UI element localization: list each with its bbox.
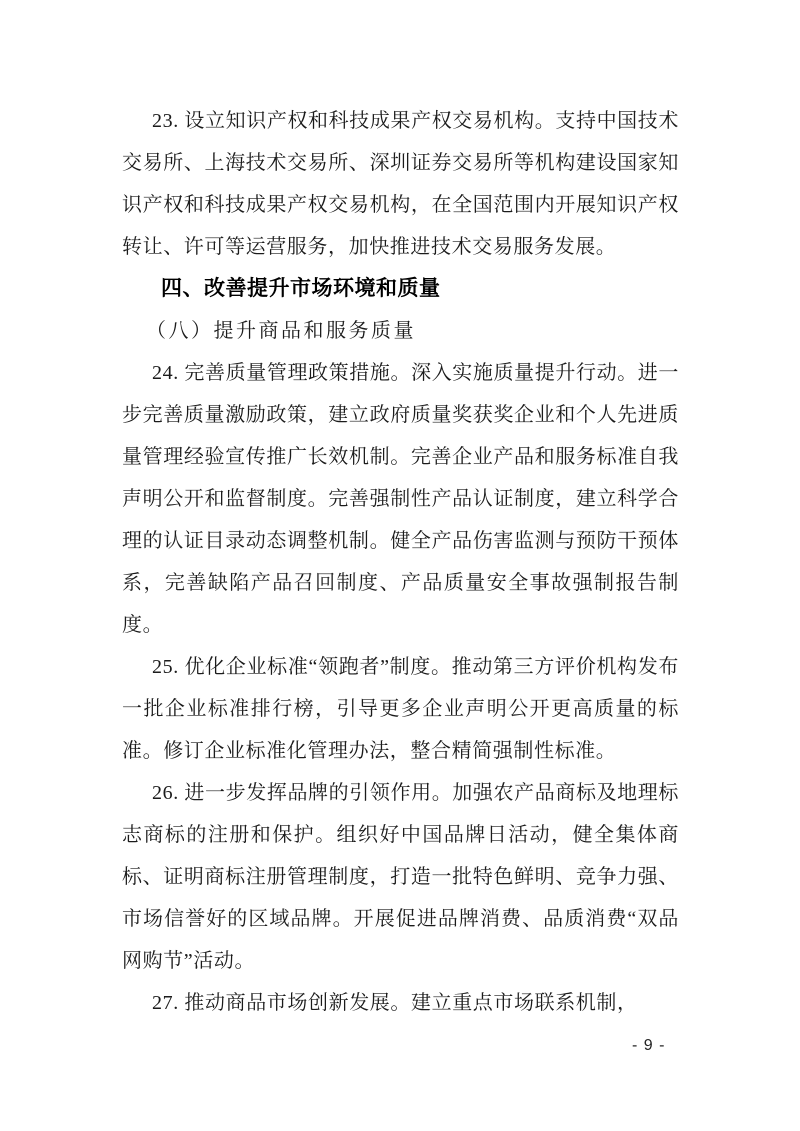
subsection-heading-8: （八）提升商品和服务质量: [122, 310, 679, 352]
paragraph-27: 27. 推动商品市场创新发展。建立重点市场联系机制，: [122, 982, 679, 1024]
paragraph-24: 24. 完善质量管理政策措施。深入实施质量提升行动。进一步完善质量激励政策，建立…: [122, 352, 679, 646]
document-page: 23. 设立知识产权和科技成果产权交易机构。支持中国技术交易所、上海技术交易所、…: [0, 0, 800, 1131]
paragraph-26: 26. 进一步发挥品牌的引领作用。加强农产品商标及地理标志商标的注册和保护。组织…: [122, 772, 679, 982]
page-number: - 9 -: [632, 1036, 665, 1056]
document-body: 23. 设立知识产权和科技成果产权交易机构。支持中国技术交易所、上海技术交易所、…: [122, 100, 679, 1024]
section-heading-4: 四、改善提升市场环境和质量: [122, 268, 679, 310]
paragraph-23: 23. 设立知识产权和科技成果产权交易机构。支持中国技术交易所、上海技术交易所、…: [122, 100, 679, 268]
paragraph-25: 25. 优化企业标准“领跑者”制度。推动第三方评价机构发布一批企业标准排行榜，引…: [122, 646, 679, 772]
